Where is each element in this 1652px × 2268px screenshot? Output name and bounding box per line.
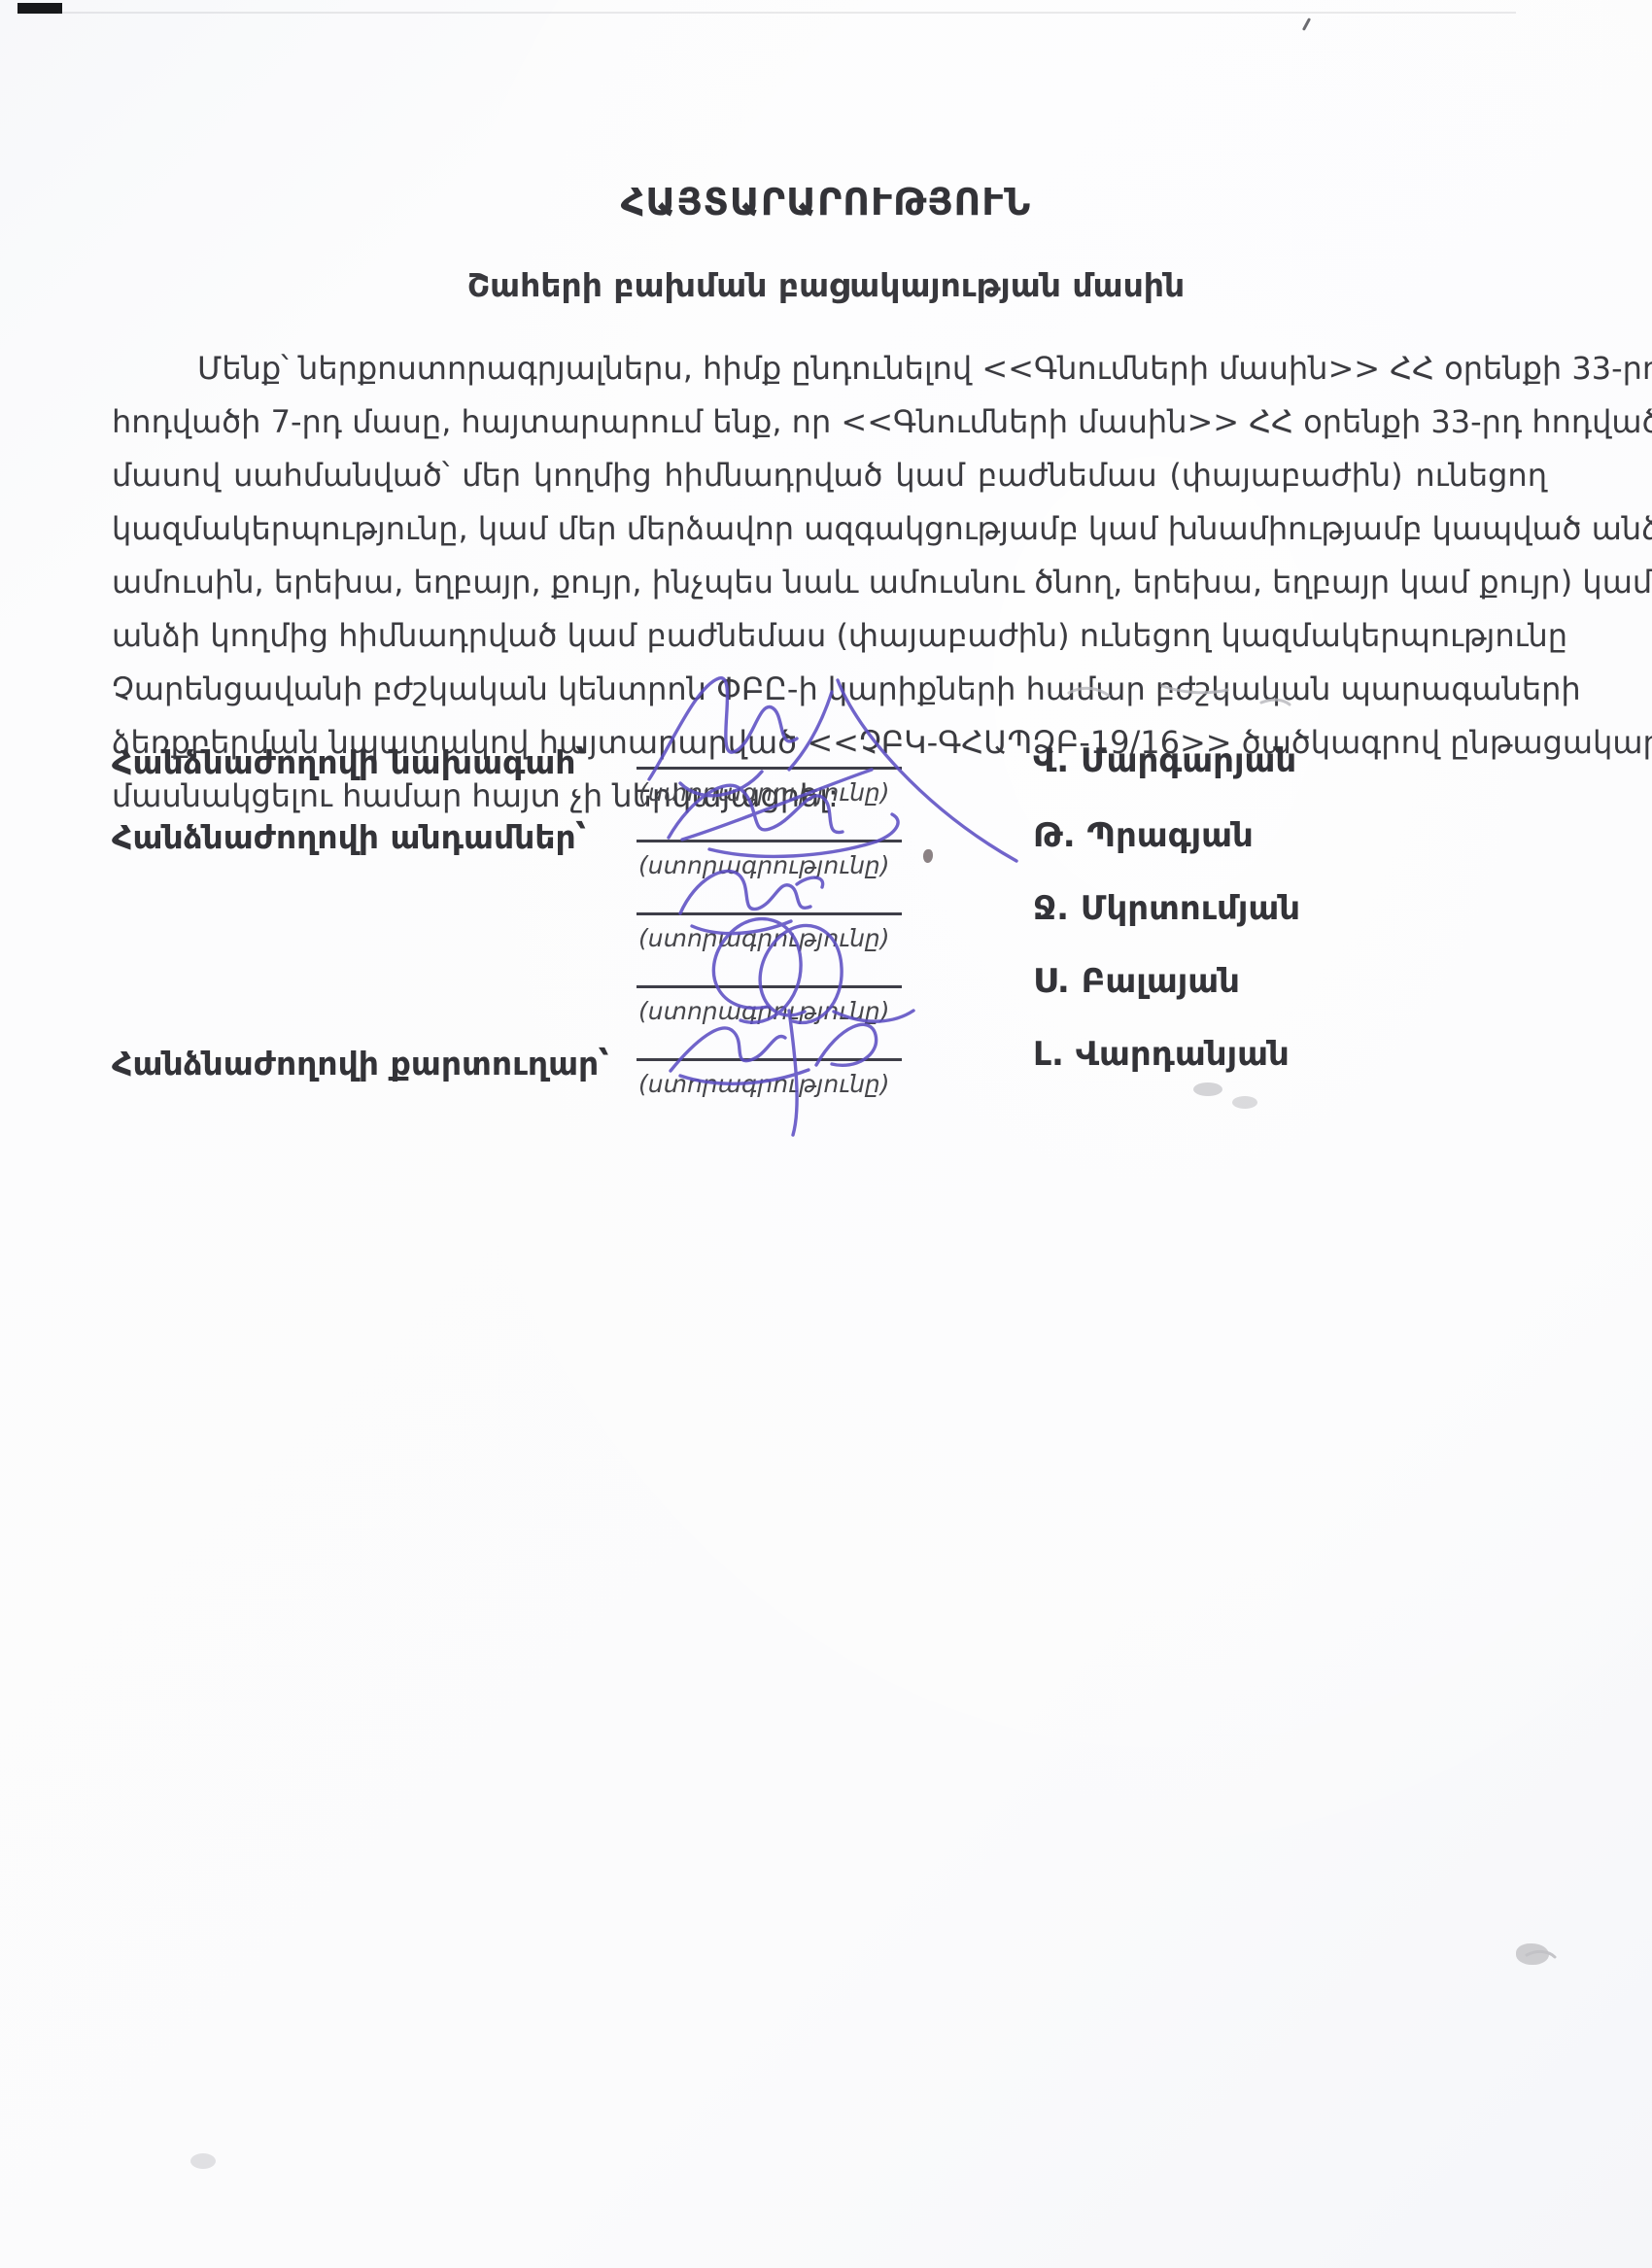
page-subtitle: Շահերի բախման բացակայության մասին [0, 266, 1652, 304]
body-line: հոդվածի 7-րդ մասը, հայտարարում ենք, որ <… [112, 395, 1547, 449]
signature-line [637, 1058, 902, 1061]
signature-caption: (ստորագրությունը) [638, 997, 890, 1025]
signatory-name: Ս. Բալայան [1033, 962, 1240, 1001]
body-line: կազմակերպությունը, կամ մեր մերձավոր ազգա… [112, 502, 1547, 556]
role-label-chairman: Հանձնաժողովի նախագահ՝ [112, 743, 586, 781]
signature-caption: (ստորագրությունը) [638, 924, 890, 952]
body-line: անձի կողմից հիմնադրված կամ բաժնեմաս (փայ… [112, 609, 1547, 663]
signature-line [637, 912, 902, 915]
scan-smudge [1516, 1943, 1549, 1965]
body-line: Մենք՝ ներքոստորագրյալներս, հիմք ընդունել… [112, 342, 1547, 395]
signatory-name: Թ. Պրագյան [1033, 816, 1254, 855]
scanned-declaration-page: ՀԱՅՏԱՐԱՐՈՒԹՅՈՒՆ Շահերի բախման բացակայութ… [0, 0, 1652, 2268]
signature-caption: (ստորագրությունը) [638, 778, 890, 807]
signatory-name: Վ. Մարգարյան [1033, 741, 1296, 780]
signature-caption: (ստորագրությունը) [638, 1070, 890, 1098]
signature-line [637, 840, 902, 842]
scan-smudge [1232, 1096, 1257, 1109]
signature-caption: (ստորագրությունը) [638, 851, 890, 879]
pen-tick-mark [1302, 17, 1311, 31]
handwritten-signatures-ink [0, 0, 1652, 2268]
signature-line [637, 985, 902, 988]
scan-smudge [1193, 1082, 1222, 1096]
scan-edge-line [58, 12, 1516, 14]
signatory-name: Ջ. Մկրտումյան [1033, 889, 1300, 928]
body-line: մասով սահմանված՝ մեր կողմից հիմնադրված կ… [112, 449, 1547, 502]
body-line: Չարենցավանի բժշկական կենտրոն ՓԲԸ-ի կարիք… [112, 663, 1547, 716]
body-line: ամուսին, երեխա, եղբայր, քույր, ինչպես նա… [112, 556, 1547, 609]
signature-line [637, 767, 902, 770]
role-label-members: Հանձնաժողովի անդամներ՝ [112, 818, 586, 856]
role-label-secretary: Հանձնաժողովի քարտուղար՝ [112, 1045, 609, 1082]
page-title: ՀԱՅՏԱՐԱՐՈՒԹՅՈՒՆ [0, 181, 1652, 223]
scan-artifacts [0, 0, 1652, 2268]
signatory-name: Լ. Վարդանյան [1033, 1035, 1290, 1074]
scan-edge-bar [17, 3, 62, 14]
ink-speck [923, 849, 933, 863]
scan-smudge [190, 2153, 216, 2169]
